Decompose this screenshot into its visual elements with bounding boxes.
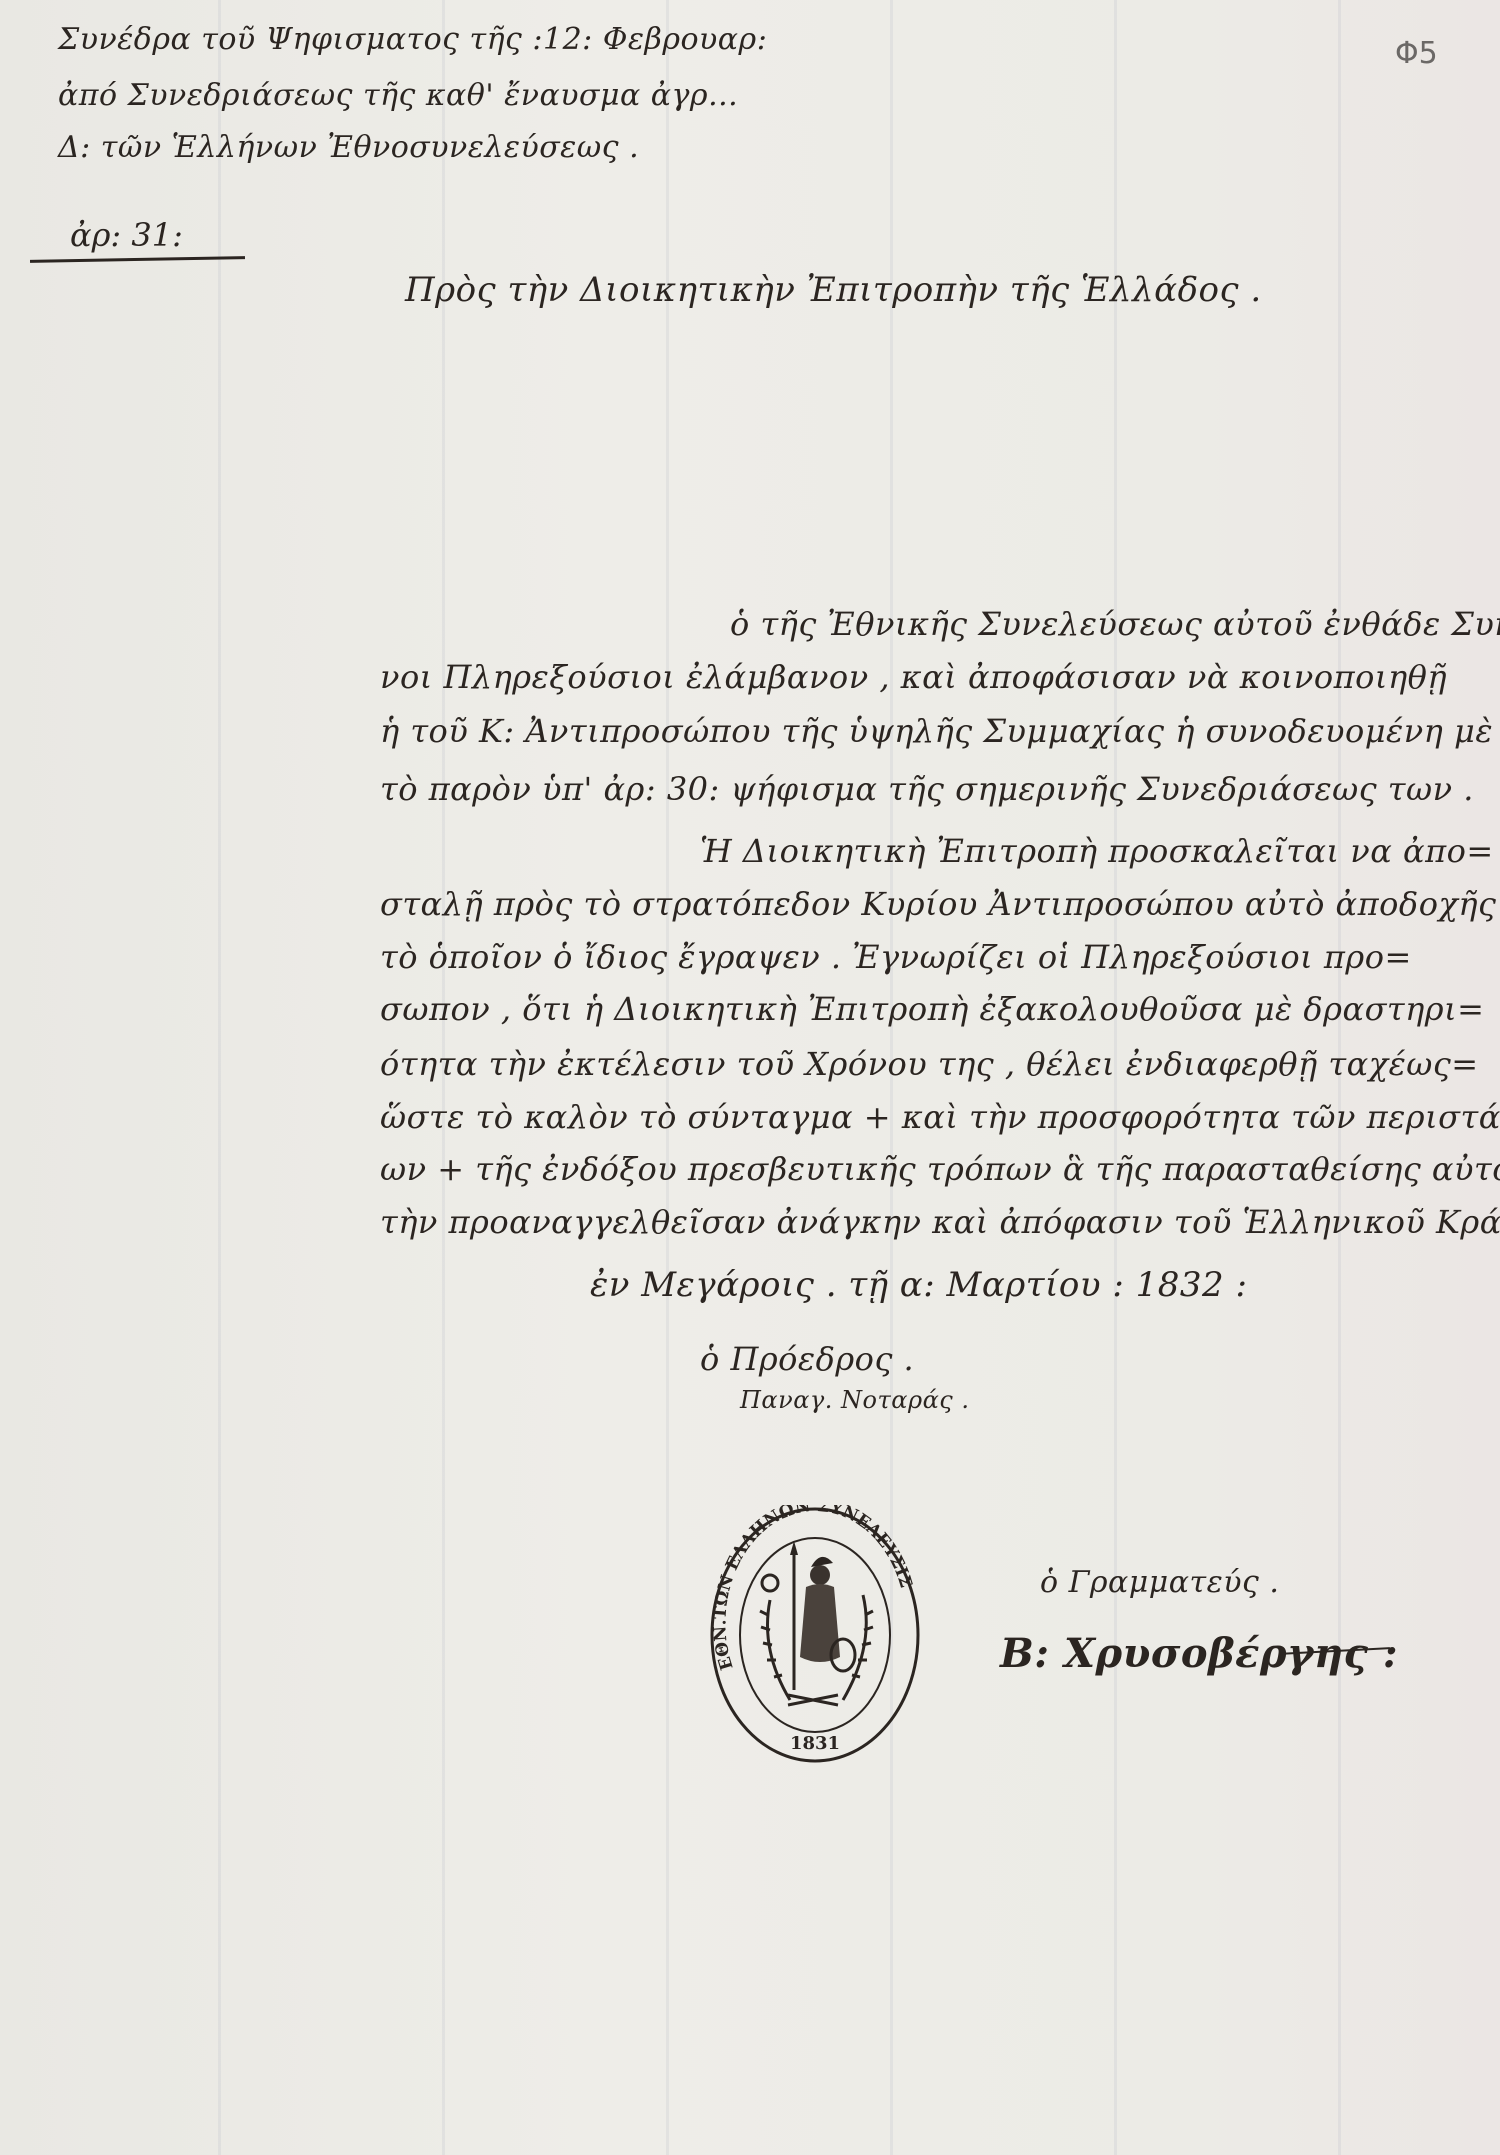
- secretary-signature: Β: Χρυσοβέργης :: [1000, 1630, 1398, 1677]
- body-line: Ἡ Διοικητικὴ Ἐπιτροπὴ προσκαλεῖται να ἀπ…: [700, 832, 1494, 870]
- page-number: Φ5: [1395, 36, 1438, 71]
- header-line-2: ἀπό Συνεδριάσεως τῆς καθ' ἔναυσμα ἀγρ...: [58, 78, 738, 113]
- header-line-1: Συνέδρα τοῦ Ψηφισματος τῆς :12: Φεβρουαρ…: [58, 22, 767, 57]
- body-line: σωπον , ὅτι ἡ Διοικητικὴ Ἐπιτροπὴ ἐξακολ…: [380, 990, 1484, 1028]
- body-line: τὸ παρὸν ὑπ' ἀρ: 30: ψήφισμα τῆς σημεριν…: [380, 770, 1474, 808]
- secretary-title: ὁ Γραμματεύς .: [1040, 1565, 1279, 1600]
- body-line: ὥστε τὸ καλὸν τὸ σύνταγμα + καὶ τὴν προσ…: [380, 1098, 1500, 1136]
- svg-text:1831: 1831: [790, 1733, 840, 1754]
- reference-number: ἀρ: 31:: [70, 216, 183, 254]
- body-line: ἡ τοῦ Κ: Ἀντιπροσώπου τῆς ὑψηλῆς Συμμαχί…: [380, 712, 1493, 750]
- body-line: σταλῇ πρὸς τὸ στρατόπεδον Κυρίου Ἀντιπρο…: [380, 885, 1496, 923]
- body-line: ότητα τὴν ἐκτέλεσιν τοῦ Χρόνου της , θέλ…: [380, 1045, 1479, 1083]
- national-assembly-seal: ΕΘΝ.ΤΩΝ ΕΛΛΗΝΩΝ ΣΥΝΕΛΕΥΣΙΣ 1831: [708, 1505, 923, 1765]
- header-line-3: Δ: τῶν Ἑλλήνων Ἐθνοσυνελεύσεως .: [58, 130, 639, 165]
- president-title: ὁ Πρόεδρος .: [700, 1340, 914, 1378]
- date-line: ἐν Μεγάροις . τῇ α: Μαρτίου : 1832 :: [590, 1265, 1247, 1305]
- body-line: τὸ ὁποῖον ὁ ἴδιος ἔγραψεν . Ἐγνωρίζει οἱ…: [380, 938, 1412, 976]
- body-line: ων + τῆς ἐνδόξου πρεσβευτικῆς τρόπων ἃ τ…: [380, 1150, 1500, 1188]
- president-signature: Παναγ. Νοταράς .: [740, 1386, 969, 1414]
- addressee-line: Πρὸς τὴν Διοικητικὴν Ἐπιτροπὴν τῆς Ἑλλάδ…: [405, 270, 1262, 310]
- body-line: ὁ τῆς Ἐθνικῆς Συνελεύσεως αὐτοῦ ἐνθάδε Σ…: [730, 605, 1500, 643]
- seal-icon: ΕΘΝ.ΤΩΝ ΕΛΛΗΝΩΝ ΣΥΝΕΛΕΥΣΙΣ 1831: [708, 1505, 923, 1765]
- body-line: νοι Πληρεξούσιοι ἐλάμβανον , καὶ ἀποφάσι…: [380, 658, 1447, 696]
- body-line: τὴν προαναγγελθεῖσαν ἀνάγκην καὶ ἀπόφασι…: [380, 1203, 1500, 1241]
